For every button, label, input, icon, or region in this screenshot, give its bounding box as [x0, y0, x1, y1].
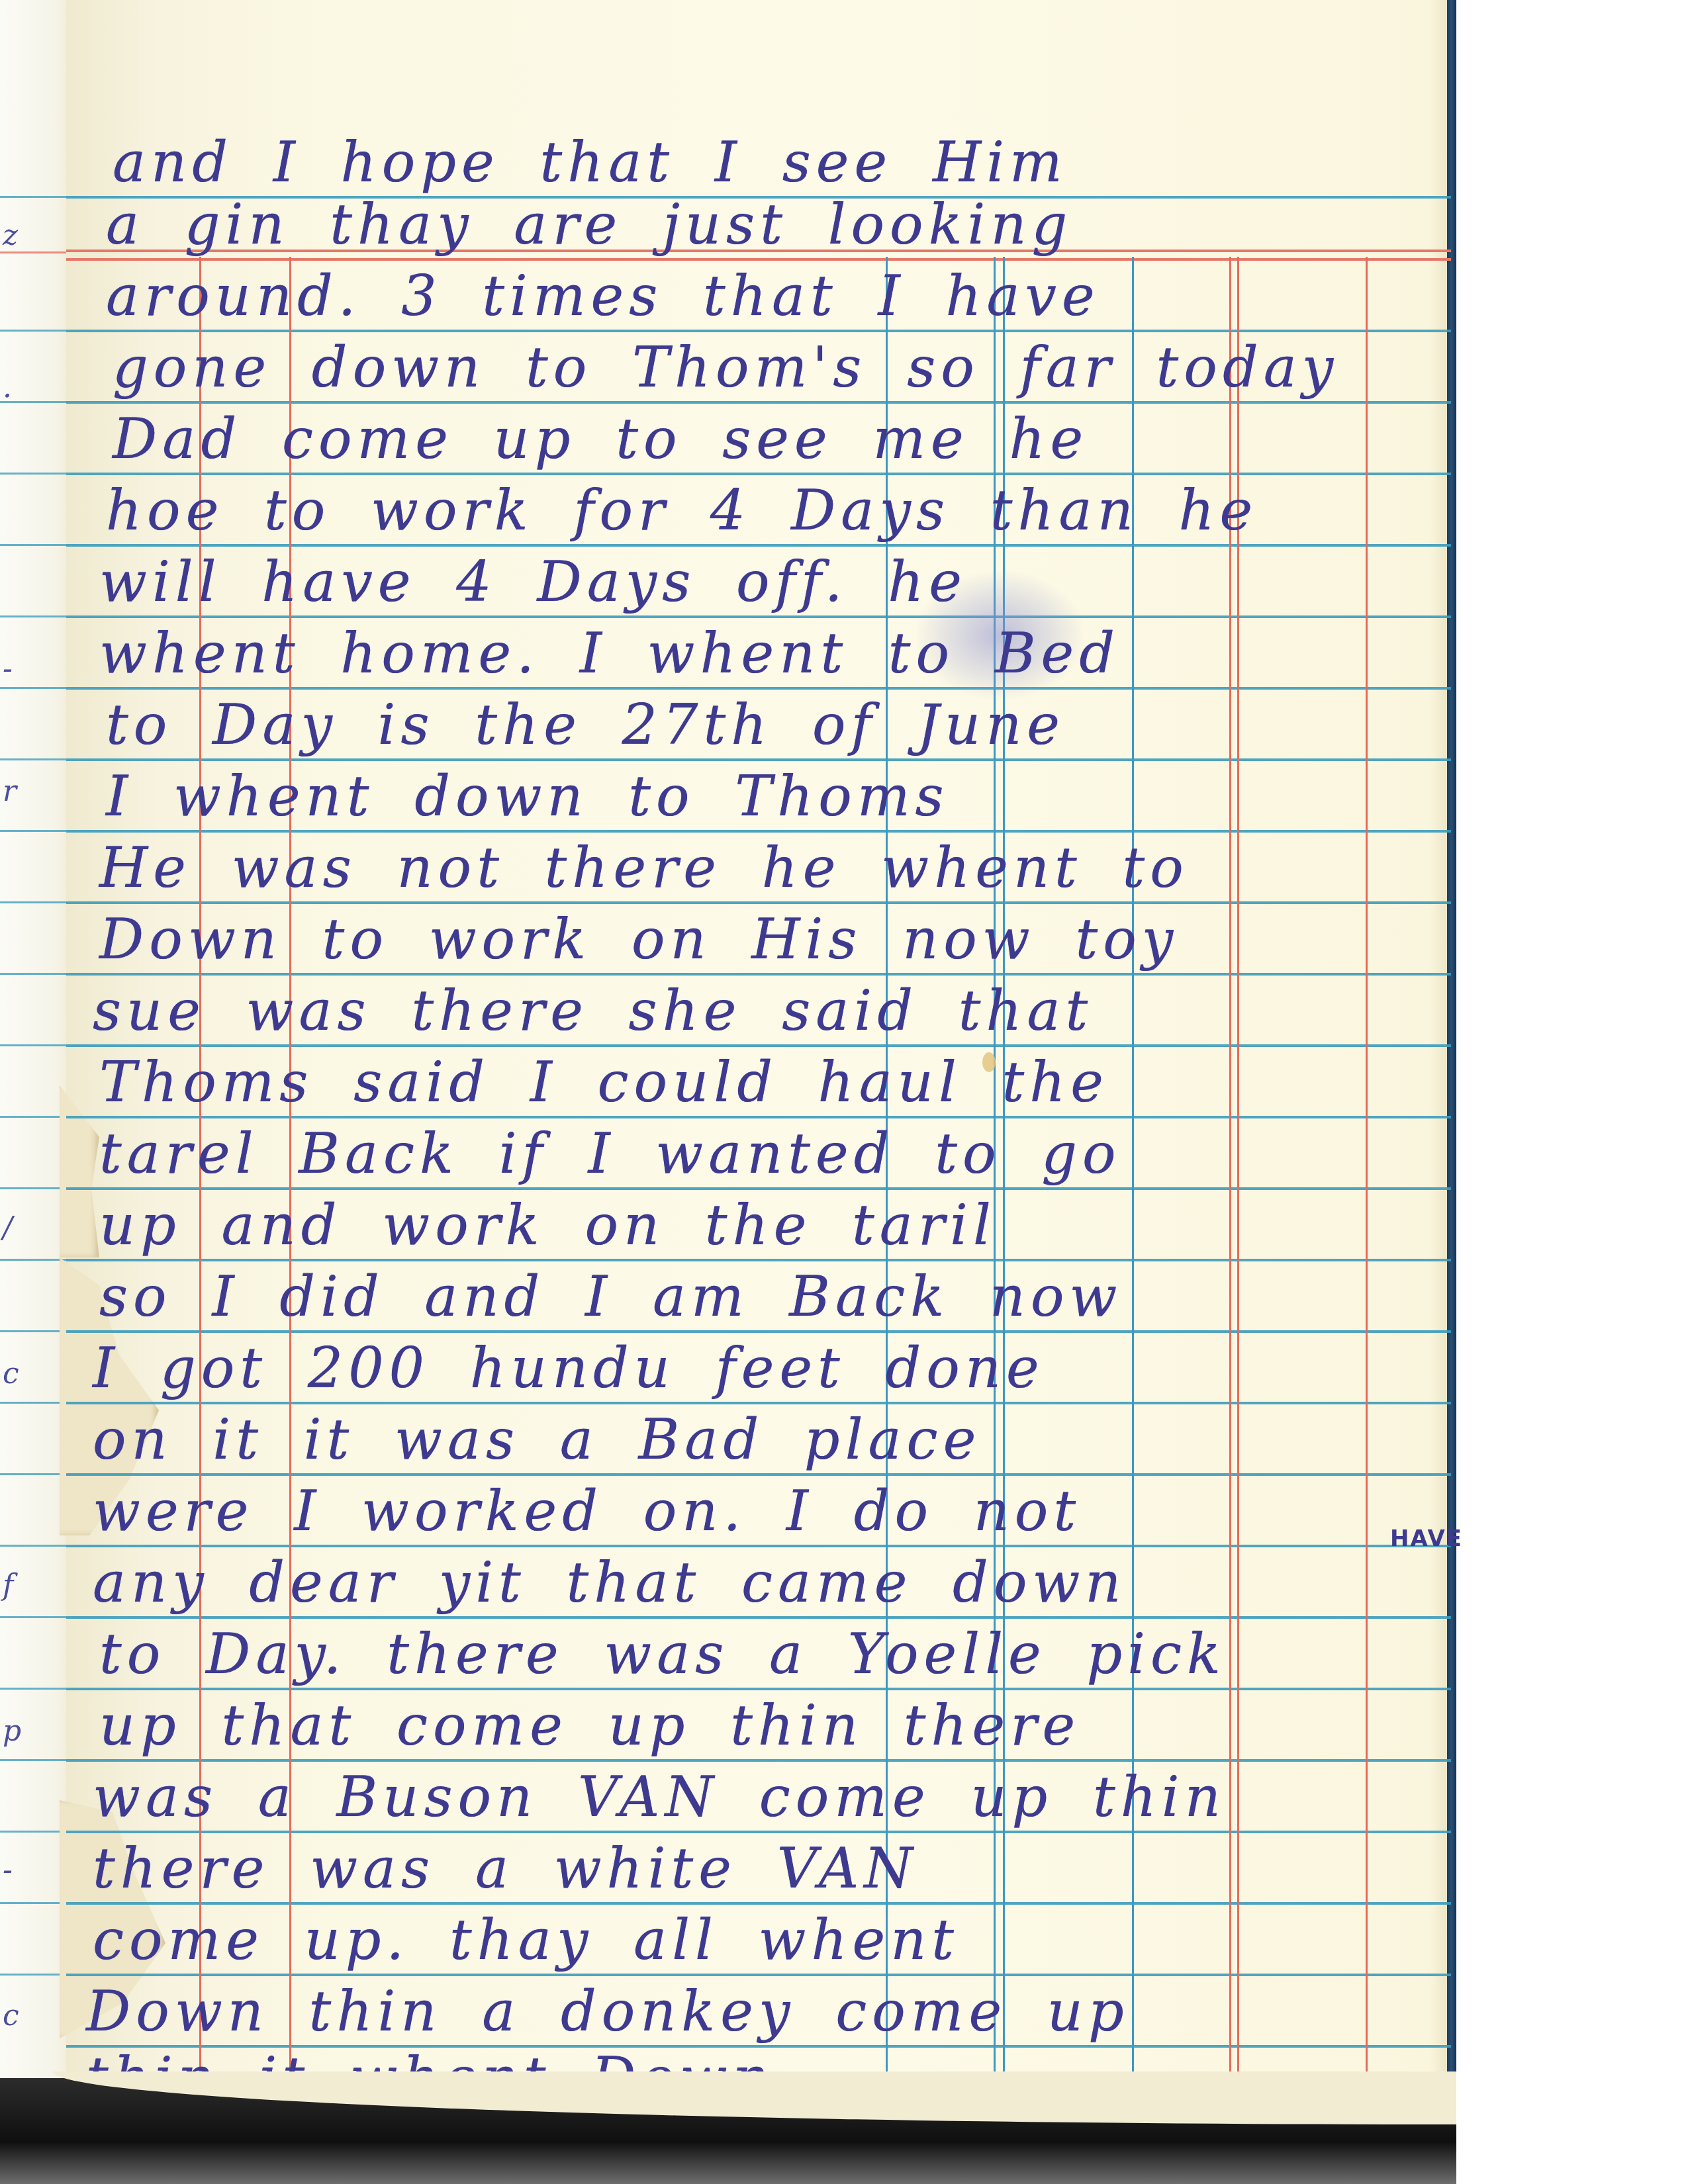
handwritten-line: come up. thay all whent: [93, 1907, 959, 1972]
handwritten-line: tarel Back if I wanted to go: [99, 1121, 1121, 1186]
ruled-line: [66, 544, 1451, 547]
margin-fragment: -: [3, 652, 13, 686]
handwritten-line: around. 3 times that I have: [106, 263, 1100, 328]
margin-fragment: c: [3, 1999, 19, 2032]
ruled-line: [66, 330, 1451, 332]
ruled-line: [66, 473, 1451, 475]
handwritten-line: to Day. there was a Yoelle pick: [99, 1621, 1226, 1686]
column-red-line: [1366, 257, 1368, 2110]
handwritten-line: Dad come up to see me he: [113, 406, 1088, 471]
ruled-line: [66, 1044, 1451, 1047]
handwritten-line: I whent down to Thoms: [106, 764, 949, 829]
handwritten-line: Thoms said I could haul the: [99, 1050, 1109, 1115]
ruled-line: [66, 1330, 1451, 1333]
margin-fragment: /: [3, 1211, 13, 1245]
margin-fragment: p: [3, 1714, 21, 1748]
handwritten-line: on it it was a Bad place: [93, 1407, 981, 1472]
handwritten-line: will have 4 Days off. he: [99, 549, 967, 614]
ruled-line: [66, 830, 1451, 833]
handwritten-line: were I worked on. I do not: [93, 1479, 1081, 1543]
ruled-line: [66, 1616, 1451, 1619]
ruled-line: [66, 687, 1451, 690]
ruled-line: [66, 1759, 1451, 1762]
ruled-line: [66, 758, 1451, 761]
handwritten-line: there was a white VAN: [93, 1836, 918, 1901]
handwritten-line: any dear yit that came down: [93, 1550, 1126, 1615]
ruled-line: [66, 1402, 1451, 1404]
ruled-line: [66, 1545, 1451, 1547]
handwritten-line: I got 200 hundu feet done: [93, 1336, 1045, 1400]
ruled-line: [66, 401, 1451, 404]
book-binding-edge: [1447, 0, 1456, 2151]
handwritten-line: up and work on the taril: [99, 1193, 996, 1257]
margin-fragment: -: [3, 1853, 13, 1887]
margin-fragment: .: [3, 371, 12, 404]
header-red-line: [66, 258, 1451, 261]
ruled-line: [66, 973, 1451, 976]
handwritten-line: was a Buson VAN come up thin: [93, 1764, 1226, 1829]
scanned-notebook-page: z . - r / c f p - c and I h: [0, 0, 1688, 2184]
handwritten-line: so I did and I am Back now: [99, 1264, 1122, 1329]
margin-fragment: c: [3, 1357, 19, 1390]
ruled-line: [66, 615, 1451, 618]
ruled-line: [66, 901, 1451, 904]
handwritten-line: sue was there she said that: [93, 978, 1093, 1043]
margin-fragment: r: [3, 774, 17, 808]
handwritten-line: Down thin a donkey come up: [86, 1979, 1129, 2044]
ruled-line: [66, 1688, 1451, 1690]
margin-fragment: f: [3, 1569, 13, 1602]
handwritten-line: up that come up thin there: [99, 1693, 1080, 1758]
handwritten-line: a gin thay are just looking: [106, 192, 1072, 257]
ruled-line: [66, 1831, 1451, 1833]
ruled-line: [66, 1187, 1451, 1190]
margin-fragment: z: [3, 218, 18, 252]
handwritten-line: He was not there he whent to: [99, 835, 1189, 900]
inserted-word: HAVE: [1390, 1525, 1463, 1552]
handwritten-line: hoe to work for 4 Days than he: [106, 478, 1258, 543]
handwritten-line: Down to work on His now toy: [99, 907, 1178, 972]
ruled-line: [66, 1974, 1451, 1976]
handwritten-line: whent home. I whent to Bed: [99, 621, 1120, 686]
handwritten-line: gone down to Thom's so far today: [113, 335, 1338, 400]
ruled-line: [66, 1116, 1451, 1118]
handwritten-line: and I hope that I see Him: [113, 130, 1068, 195]
handwritten-line: to Day is the 27th of June: [106, 692, 1065, 757]
ruled-line: [66, 1473, 1451, 1476]
ruled-line: [66, 1259, 1451, 1261]
ruled-line: [66, 1902, 1451, 1905]
